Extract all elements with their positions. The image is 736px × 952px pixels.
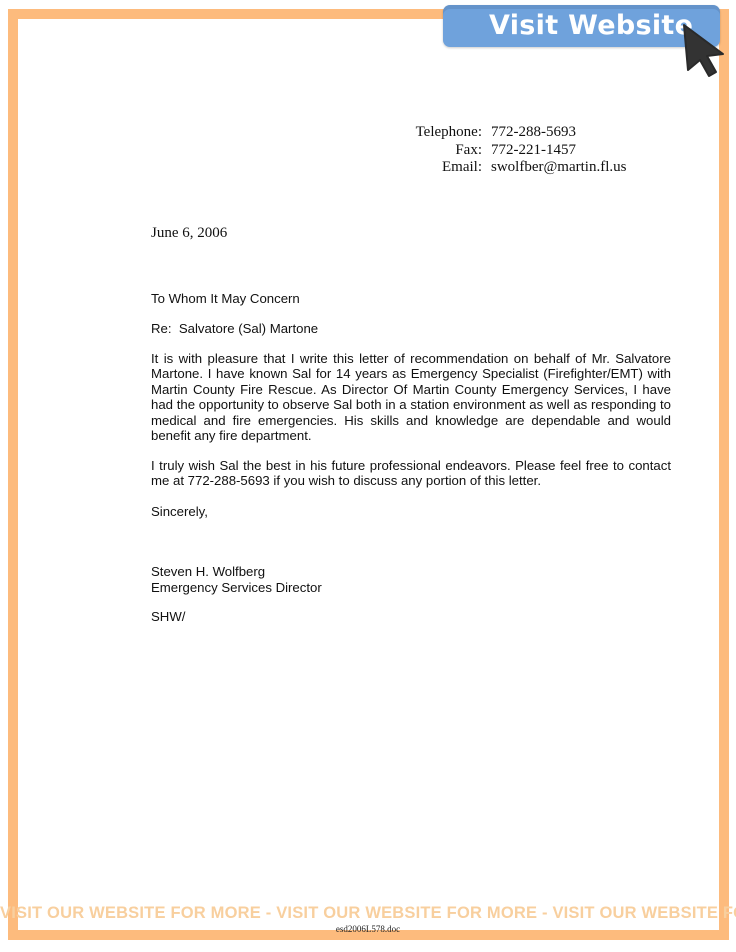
body-paragraph-2: I truly wish Sal the best in his future … xyxy=(151,458,671,489)
contact-label: Fax: xyxy=(380,142,491,160)
signer-name: Steven H. Wolfberg xyxy=(151,564,265,579)
letter-date: June 6, 2006 xyxy=(151,225,227,242)
re-line: Re: Salvatore (Sal) Martone xyxy=(151,321,318,336)
body-paragraph-1: It is with pleasure that I write this le… xyxy=(151,351,671,443)
contact-label: Telephone: xyxy=(380,124,491,142)
document-filename: esd2006L578.doc xyxy=(0,924,736,934)
contact-label: Email: xyxy=(380,159,491,177)
arrow-cursor-icon xyxy=(680,22,726,78)
contact-telephone: Telephone: 772-288-5693 xyxy=(380,124,640,142)
closing: Sincerely, xyxy=(151,504,208,519)
signer-title: Emergency Services Director xyxy=(151,580,322,595)
contact-value: swolfber@martin.fl.us xyxy=(491,159,626,177)
watermark-banner: VISIT OUR WEBSITE FOR MORE - VISIT OUR W… xyxy=(0,903,736,923)
contact-block: Telephone: 772-288-5693 Fax: 772-221-145… xyxy=(380,124,640,177)
contact-email: Email: swolfber@martin.fl.us xyxy=(380,159,640,177)
contact-value: 772-221-1457 xyxy=(491,142,576,160)
visit-website-button[interactable]: Visit Website xyxy=(443,5,720,47)
salutation: To Whom It May Concern xyxy=(151,291,300,306)
contact-value: 772-288-5693 xyxy=(491,124,576,142)
contact-fax: Fax: 772-221-1457 xyxy=(380,142,640,160)
initials: SHW/ xyxy=(151,609,185,624)
